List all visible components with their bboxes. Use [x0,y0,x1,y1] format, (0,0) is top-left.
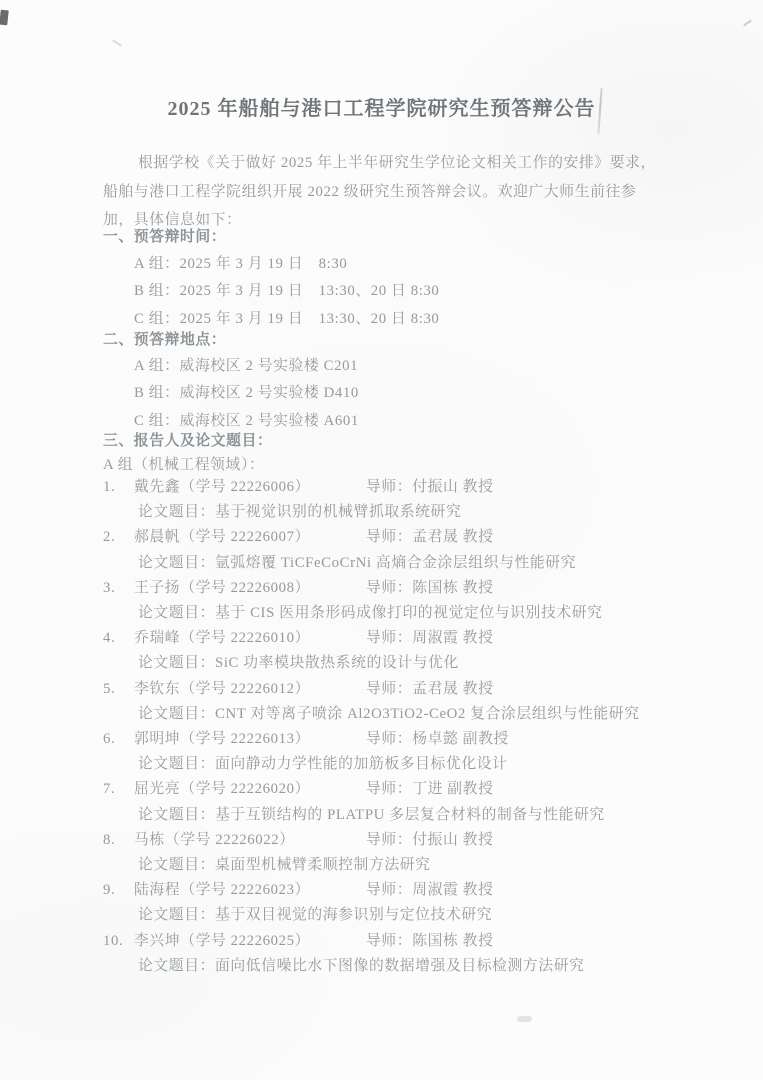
section-time-heading: 一、预答辩时间： [103,224,226,251]
student-name-id: 马栋（学号 22226022） [134,828,366,853]
student-advisor: 导师：付振山 教授 [366,475,493,500]
scan-top-right-tick [743,20,752,27]
student-advisor: 导师：陈国栋 教授 [366,576,493,601]
location-item-group-a: A 组：威海校区 2 号实验楼 C201 [134,353,359,380]
student-thesis-title: 论文题目：基于视觉识别的机械臂抓取系统研究 [103,500,663,525]
section-time-items: A 组：2025 年 3 月 19 日 8:30 B 组：2025 年 3 月 … [103,251,439,333]
student-advisor: 导师：陈国栋 教授 [366,929,493,954]
student-thesis-title: 论文题目：基于互锁结构的 PLATPU 多层复合材料的制备与性能研究 [103,803,663,828]
section-location-heading: 二、预答辩地点： [103,327,226,354]
student-advisor: 导师：付振山 教授 [366,828,493,853]
student-entry: 3. 王子扬（学号 22226008） 导师：陈国栋 教授 论文题目：基于 CI… [103,576,663,626]
student-name-id: 李钦东（学号 22226012） [134,677,366,702]
student-number: 10. [103,929,134,954]
student-list: 1. 戴先鑫（学号 22226006） 导师：付振山 教授 论文题目：基于视觉识… [103,475,663,979]
student-advisor: 导师：杨卓懿 副教授 [366,727,509,752]
student-entry: 4. 乔瑞峰（学号 22226010） 导师：周淑霞 教授 论文题目：SiC 功… [103,626,663,676]
student-advisor: 导师：丁进 副教授 [366,777,493,802]
student-thesis-title: 论文题目：基于 CIS 医用条形码成像打印的视觉定位与识别技术研究 [103,601,663,626]
student-thesis-title: 论文题目：氩弧熔覆 TiCFeCoCrNi 高熵合金涂层组织与性能研究 [103,551,663,576]
student-name-id: 王子扬（学号 22226008） [134,576,366,601]
student-thesis-title: 论文题目：基于双目视觉的海参识别与定位技术研究 [103,903,663,928]
student-advisor: 导师：周淑霞 教授 [366,878,493,903]
intro-paragraph: 根据学校《关于做好 2025 年上半年研究生学位论文相关工作的安排》要求， 船舶… [103,149,656,235]
intro-line: 船舶与港口工程学院组织开展 2022 级研究生预答辩会议。欢迎广大师生前往参 [103,178,656,207]
student-number: 9. [103,878,134,903]
intro-line: 根据学校《关于做好 2025 年上半年研究生学位论文相关工作的安排》要求， [103,149,656,178]
student-number: 3. [103,576,134,601]
student-number: 2. [103,525,134,550]
time-item-group-a: A 组：2025 年 3 月 19 日 8:30 [134,251,439,278]
scanned-announcement-page: 2025 年船舶与港口工程学院研究生预答辩公告 根据学校《关于做好 2025 年… [0,0,763,1080]
scan-bottom-smudge [517,1016,532,1022]
student-advisor: 导师：孟君晟 教授 [366,525,493,550]
page-title: 2025 年船舶与港口工程学院研究生预答辩公告 [0,92,763,121]
student-entry: 8. 马栋（学号 22226022） 导师：付振山 教授 论文题目：桌面型机械臂… [103,828,663,878]
student-entry: 1. 戴先鑫（学号 22226006） 导师：付振山 教授 论文题目：基于视觉识… [103,475,663,525]
student-name-id: 李兴坤（学号 22226025） [134,929,366,954]
student-thesis-title: 论文题目：CNT 对等离子喷涂 Al2O3TiO2-CeO2 复合涂层组织与性能… [103,702,663,727]
student-name-id: 郭明坤（学号 22226013） [134,727,366,752]
student-thesis-title: 论文题目：面向低信噪比水下图像的数据增强及目标检测方法研究 [103,954,663,979]
student-number: 8. [103,828,134,853]
student-name-id: 戴先鑫（学号 22226006） [134,475,366,500]
student-name-id: 乔瑞峰（学号 22226010） [134,626,366,651]
student-entry: 2. 郝晨帆（学号 22226007） 导师：孟君晟 教授 论文题目：氩弧熔覆 … [103,525,663,575]
section-location-items: A 组：威海校区 2 号实验楼 C201 B 组：威海校区 2 号实验楼 D41… [103,353,359,435]
student-name-id: 陆海程（学号 22226023） [134,878,366,903]
student-number: 5. [103,677,134,702]
student-number: 4. [103,626,134,651]
student-number: 6. [103,727,134,752]
student-thesis-title: 论文题目：SiC 功率模块散热系统的设计与优化 [103,651,663,676]
student-entry: 6. 郭明坤（学号 22226013） 导师：杨卓懿 副教授 论文题目：面向静动… [103,727,663,777]
location-item-group-b: B 组：威海校区 2 号实验楼 D410 [134,380,359,407]
student-entry: 10. 李兴坤（学号 22226025） 导师：陈国栋 教授 论文题目：面向低信… [103,929,663,979]
student-name-id: 郝晨帆（学号 22226007） [134,525,366,550]
student-advisor: 导师：周淑霞 教授 [366,626,493,651]
time-item-group-b: B 组：2025 年 3 月 19 日 13:30、20 日 8:30 [134,278,439,305]
student-number: 1. [103,475,134,500]
student-entry: 7. 屈光亮（学号 22226020） 导师：丁进 副教授 论文题目：基于互锁结… [103,777,663,827]
student-thesis-title: 论文题目：面向静动力学性能的加筋板多目标优化设计 [103,752,663,777]
student-thesis-title: 论文题目：桌面型机械臂柔顺控制方法研究 [103,853,663,878]
section-speakers-heading: 三、报告人及论文题目： [103,428,272,455]
student-number: 7. [103,777,134,802]
student-advisor: 导师：孟君晟 教授 [366,677,493,702]
scan-corner-mark [0,10,9,26]
scan-left-tick [112,40,122,47]
student-name-id: 屈光亮（学号 22226020） [134,777,366,802]
student-entry: 5. 李钦东（学号 22226012） 导师：孟君晟 教授 论文题目：CNT 对… [103,677,663,727]
student-entry: 9. 陆海程（学号 22226023） 导师：周淑霞 教授 论文题目：基于双目视… [103,878,663,928]
